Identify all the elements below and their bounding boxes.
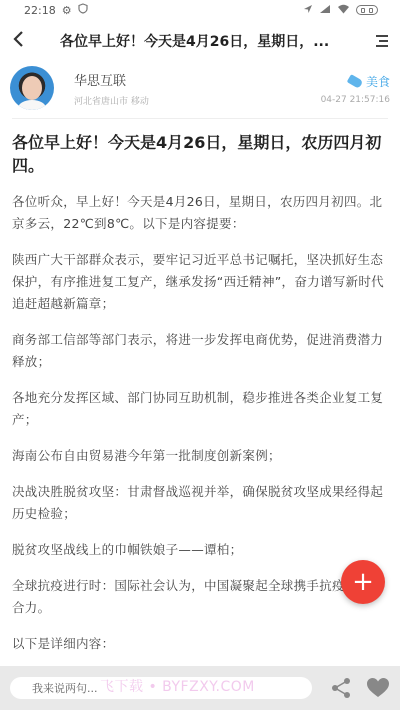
- author-location: 河北省唐山市 移动: [74, 94, 321, 107]
- article-paragraph: 决战决胜脱贫攻坚：甘肃督战巡视并举，确保脱贫攻坚成果经得起历史检验；: [12, 481, 388, 525]
- post-timestamp: 04-27 21:57:16: [321, 95, 390, 105]
- add-button[interactable]: +: [341, 560, 385, 604]
- article-paragraph: 全球抗疫进行时：国际社会认为，中国凝聚起全球携手抗疫的强大合力。: [12, 575, 388, 619]
- article-paragraph: 各地充分发挥区域、部门协同互助机制，稳步推进各类企业复工复产；: [12, 387, 388, 431]
- menu-line: [376, 35, 388, 37]
- back-button[interactable]: [12, 30, 48, 53]
- status-time: 22:18: [24, 4, 56, 17]
- battery-icon: [356, 5, 378, 15]
- article-paragraph: 各位听众，早上好！今天是4月26日，星期日，农历四月初四。北京多云，22℃到8℃…: [12, 191, 388, 235]
- article-paragraph: 陕西广大干部群众表示，要牢记习近平总书记嘱托，坚决抓好生态保护，有序推进复工复产…: [12, 249, 388, 315]
- article-paragraph: 以下是详细内容：: [12, 633, 388, 655]
- comment-input[interactable]: [10, 677, 312, 699]
- tag-icon: [347, 74, 364, 89]
- nav-bar: 各位早上好！今天是4月26日，星期日，...: [0, 20, 400, 62]
- author-name[interactable]: 华思互联: [74, 70, 321, 89]
- chevron-left-icon: [12, 30, 24, 48]
- location-arrow-icon: [303, 4, 313, 17]
- status-bar: 22:18 ⚙: [0, 0, 400, 20]
- status-right: [303, 4, 378, 17]
- share-icon[interactable]: [330, 677, 352, 699]
- author-row: 华思互联 河北省唐山市 移动 美食 04-27 21:57:16: [0, 62, 400, 114]
- category-tag[interactable]: 美食: [348, 73, 390, 90]
- menu-line: [379, 40, 388, 42]
- heart-icon[interactable]: [366, 677, 390, 699]
- page-title: 各位早上好！今天是4月26日，星期日，...: [48, 31, 360, 51]
- bottom-bar: [0, 666, 400, 710]
- article-paragraph: 脱贫攻坚战线上的巾帼铁娘子——谭柏；: [12, 539, 388, 561]
- status-left: 22:18 ⚙: [24, 3, 88, 17]
- article-paragraph: 商务部工信部等部门表示，将进一步发挥电商优势，促进消费潜力释放；: [12, 329, 388, 373]
- avatar[interactable]: [10, 66, 54, 110]
- shield-icon: [78, 3, 88, 17]
- category-tag-label: 美食: [366, 73, 390, 90]
- signal-icon: [319, 4, 331, 17]
- article-headline: 各位早上好！今天是4月26日，星期日，农历四月初四。: [12, 131, 388, 177]
- plus-icon: +: [352, 567, 374, 597]
- article-content: 各位早上好！今天是4月26日，星期日，农历四月初四。 各位听众，早上好！今天是4…: [0, 119, 400, 655]
- menu-button[interactable]: [368, 35, 388, 46]
- post-meta: 美食 04-27 21:57:16: [321, 71, 390, 105]
- menu-line: [376, 45, 388, 47]
- author-info: 华思互联 河北省唐山市 移动: [54, 70, 321, 107]
- wifi-icon: [337, 4, 350, 17]
- article-paragraph: 海南公布自由贸易港今年第一批制度创新案例；: [12, 445, 388, 467]
- settings-gear-icon: ⚙: [62, 4, 72, 17]
